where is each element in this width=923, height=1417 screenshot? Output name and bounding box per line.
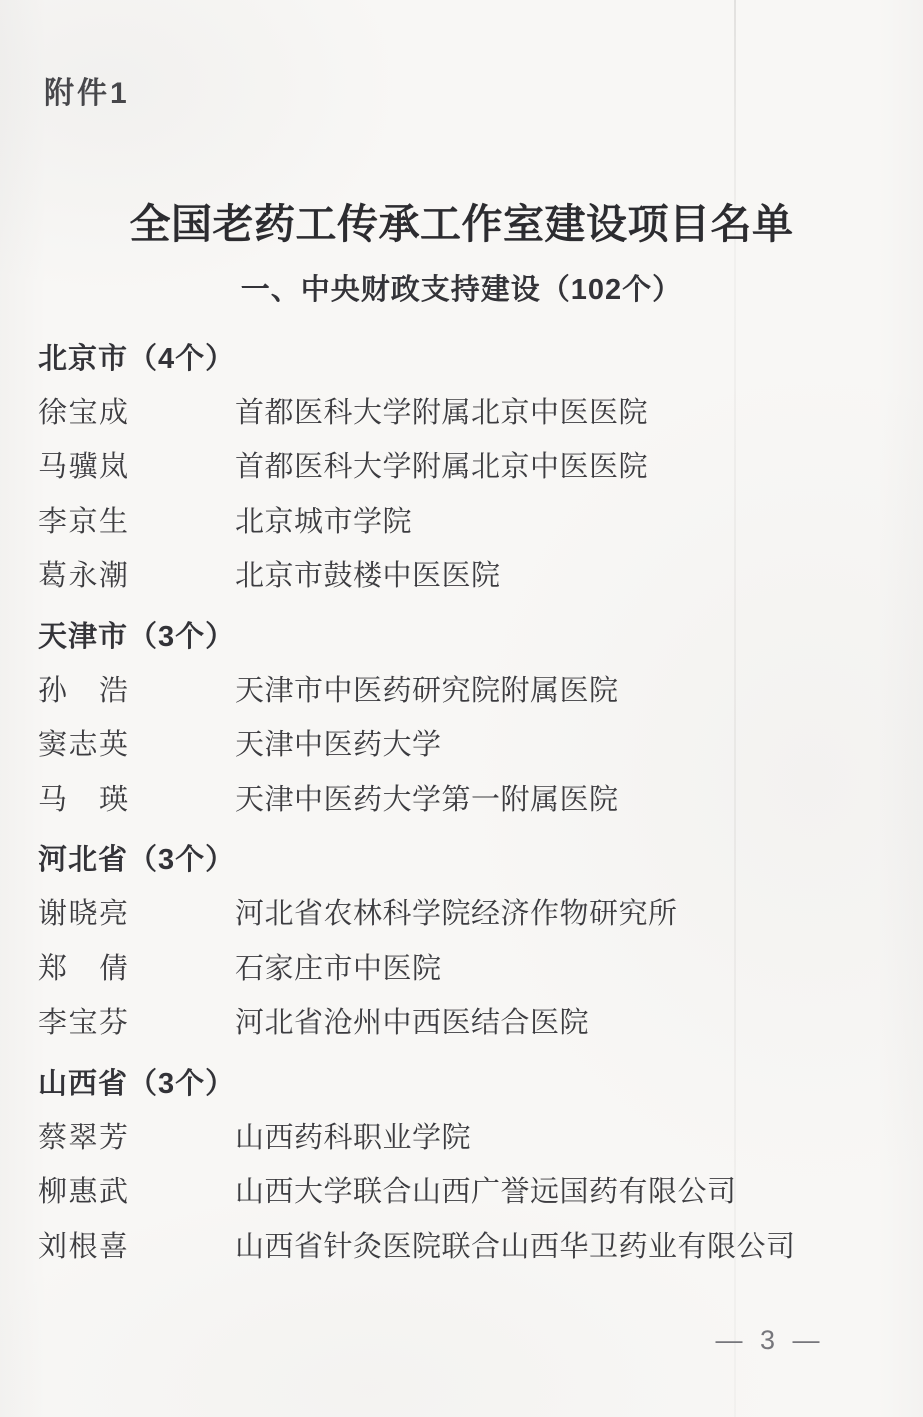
person-name: 葛永潮: [38, 553, 235, 594]
project-list: 北京市（4个）徐宝成首都医科大学附属北京中医医院马骥岚首都医科大学附属北京中医医…: [38, 329, 895, 1272]
institution-name: 河北省农林科学院经济作物研究所: [235, 891, 678, 932]
person-name: 刘根喜: [38, 1224, 235, 1265]
entry-row: 徐宝成首都医科大学附属北京中医医院: [38, 383, 895, 438]
entry-row: 郑 倩石家庄市中医院: [38, 939, 895, 994]
person-name: 马 瑛: [38, 777, 235, 818]
province-section: 山西省（3个）蔡翠芳山西药科职业学院柳惠武山西大学联合山西广誉远国药有限公司刘根…: [38, 1054, 895, 1272]
entry-row: 窦志英天津中医药大学: [38, 716, 895, 771]
province-header: 河北省（3个）: [38, 831, 895, 885]
province-section: 河北省（3个）谢晓亮河北省农林科学院经济作物研究所郑 倩石家庄市中医院李宝芬河北…: [38, 831, 895, 1049]
institution-name: 北京城市学院: [235, 499, 412, 540]
entry-row: 柳惠武山西大学联合山西广誉远国药有限公司: [38, 1163, 895, 1218]
entry-row: 李宝芬河北省沧州中西医结合医院: [38, 994, 895, 1049]
institution-name: 石家庄市中医院: [235, 946, 442, 987]
entry-row: 刘根喜山西省针灸医院联合山西华卫药业有限公司: [38, 1217, 895, 1272]
institution-name: 山西药科职业学院: [235, 1115, 471, 1156]
person-name: 李宝芬: [38, 1000, 235, 1041]
person-name: 徐宝成: [38, 390, 235, 431]
person-name: 郑 倩: [38, 946, 235, 987]
person-name: 柳惠武: [38, 1169, 235, 1210]
person-name: 谢晓亮: [38, 891, 235, 932]
institution-name: 天津中医药大学: [235, 722, 442, 763]
person-name: 窦志英: [38, 722, 235, 763]
institution-name: 山西大学联合山西广誉远国药有限公司: [235, 1169, 737, 1210]
institution-name: 天津中医药大学第一附属医院: [235, 777, 619, 818]
institution-name: 首都医科大学附属北京中医医院: [235, 390, 648, 431]
entry-row: 蔡翠芳山西药科职业学院: [38, 1108, 895, 1163]
institution-name: 北京市鼓楼中医医院: [235, 553, 501, 594]
entry-row: 马骥岚首都医科大学附属北京中医医院: [38, 438, 895, 493]
province-header: 山西省（3个）: [38, 1054, 895, 1108]
entry-row: 马 瑛天津中医药大学第一附属医院: [38, 770, 895, 825]
institution-name: 天津市中医药研究院附属医院: [235, 668, 619, 709]
person-name: 孙 浩: [38, 668, 235, 709]
person-name: 李京生: [38, 499, 235, 540]
section-heading: 一、中央财政支持建设（102个）: [0, 267, 923, 308]
entry-row: 葛永潮北京市鼓楼中医医院: [38, 547, 895, 602]
person-name: 马骥岚: [38, 444, 235, 485]
entry-row: 谢晓亮河北省农林科学院经济作物研究所: [38, 885, 895, 940]
scanned-document-page: 附件1 全国老药工传承工作室建设项目名单 一、中央财政支持建设（102个） 北京…: [0, 0, 923, 1417]
institution-name: 河北省沧州中西医结合医院: [235, 1000, 589, 1041]
entry-row: 孙 浩天津市中医药研究院附属医院: [38, 661, 895, 716]
province-section: 北京市（4个）徐宝成首都医科大学附属北京中医医院马骥岚首都医科大学附属北京中医医…: [38, 329, 895, 601]
institution-name: 山西省针灸医院联合山西华卫药业有限公司: [235, 1224, 796, 1265]
page-number: — 3 —: [700, 1325, 840, 1356]
attachment-label: 附件1: [44, 68, 130, 112]
institution-name: 首都医科大学附属北京中医医院: [235, 444, 648, 485]
province-section: 天津市（3个）孙 浩天津市中医药研究院附属医院窦志英天津中医药大学马 瑛天津中医…: [38, 607, 895, 825]
person-name: 蔡翠芳: [38, 1115, 235, 1156]
document-title: 全国老药工传承工作室建设项目名单: [0, 191, 923, 250]
province-header: 天津市（3个）: [38, 607, 895, 661]
province-header: 北京市（4个）: [38, 329, 895, 383]
entry-row: 李京生北京城市学院: [38, 492, 895, 547]
